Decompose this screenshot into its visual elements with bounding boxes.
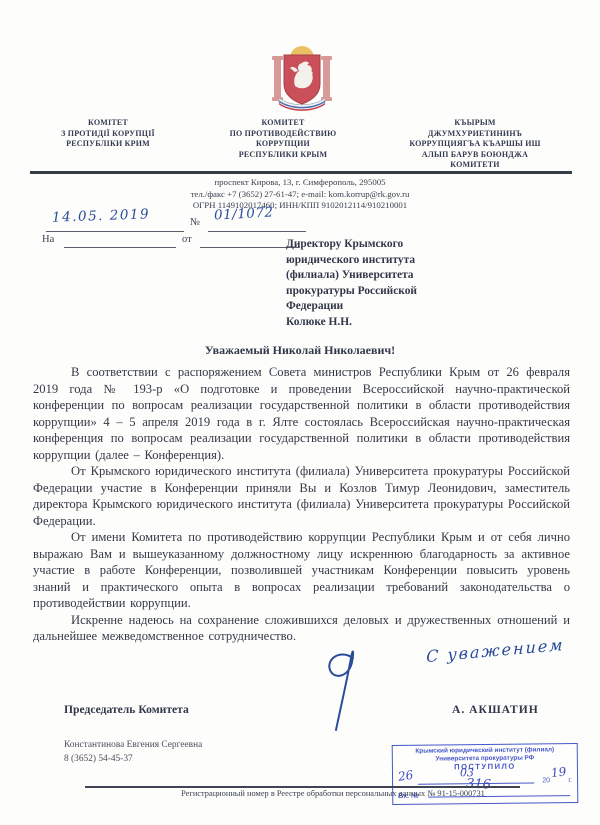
header-divider	[30, 171, 572, 174]
org-line: ПО ПРОТИВОДЕЙСТВИЮ	[188, 129, 378, 140]
executor-name: Константинова Евгения Сергеевна	[64, 739, 202, 753]
stamp-handwritten-day: 26	[397, 768, 414, 784]
handwritten-number: 01/1072	[214, 204, 274, 223]
org-line: З ПРОТИДІЇ КОРУПЦІЇ	[28, 129, 188, 140]
footer-registration-number: Регистрационный номер в Реестре обработк…	[66, 789, 600, 798]
paragraph: В соответствии с распоряжением Совета ми…	[33, 364, 570, 463]
stamp-year-prefix: 20	[542, 778, 550, 785]
ot-underline	[200, 226, 300, 248]
reference-block: № 14.05. 2019 01/1072 На от	[42, 208, 302, 252]
address-line: тел./факс +7 (3652) 27-61-47; e-mail: ko…	[0, 189, 600, 201]
letter-page: КОМІТЕТ З ПРОТИДІЇ КОРУПЦІЇ РЕСПУБЛІКИ К…	[0, 0, 600, 825]
recipient-block: Директору Крымского юридического институ…	[286, 237, 506, 331]
org-address-block: проспект Кирова, 13, г. Симферополь, 295…	[0, 177, 600, 212]
org-name-russian: КОМИТЕТ ПО ПРОТИВОДЕЙСТВИЮ КОРРУПЦИИ РЕС…	[188, 118, 378, 171]
letter-body: В соответствии с распоряжением Совета ми…	[33, 364, 570, 645]
na-label: На	[42, 234, 54, 245]
signer-name: А. АКШАТИН	[452, 703, 539, 716]
footer-divider	[85, 786, 520, 788]
org-line: АЛЫП БАРУВ БОЮНДЖА	[378, 150, 572, 161]
org-line: КОМИТЕТИ	[378, 160, 572, 171]
recipient-line: юридического института	[286, 253, 506, 269]
handwritten-date: 14.05. 2019	[52, 206, 151, 225]
paragraph: От Крымского юридического института (фил…	[33, 463, 570, 529]
org-line: ДЖУМХУРИЕТИНИНЪ	[378, 129, 572, 140]
stamp-handwritten-year: 19	[550, 765, 567, 781]
na-underline	[64, 226, 176, 248]
signer-position: Председатель Комитета	[64, 703, 189, 716]
ot-label: от	[182, 234, 192, 245]
executor-phone: 8 (3652) 54-45-37	[64, 753, 202, 767]
executor-contact: Константинова Евгения Сергеевна 8 (3652)…	[64, 739, 202, 766]
recipient-line: Директору Крымского	[286, 237, 506, 253]
stamp-year-suffix: г.	[568, 777, 572, 784]
org-name-ukrainian: КОМІТЕТ З ПРОТИДІЇ КОРУПЦІЇ РЕСПУБЛІКИ К…	[28, 118, 188, 171]
org-name-crimean-tatar: КЪЫРЫМ ДЖУМХУРИЕТИНИНЪ КОРРУПЦИЯГЪА КЪАР…	[378, 118, 572, 171]
org-line: КОРРУПЦИИ	[188, 139, 378, 150]
number-sign: №	[190, 217, 200, 228]
paragraph: Искренне надеюсь на сохранение сложивших…	[33, 612, 570, 645]
recipient-line: (филиала) Университета	[286, 268, 506, 284]
org-line: КОМІТЕТ	[28, 118, 188, 129]
recipient-line: прокуратуры Российской	[286, 284, 506, 300]
org-line: РЕСПУБЛИКИ КРЫМ	[188, 150, 378, 161]
recipient-line: Федерации	[286, 299, 506, 315]
salutation: Уважаемый Николай Николаевич!	[0, 343, 600, 358]
recipient-line: Колюке Н.Н.	[286, 315, 506, 331]
address-line: проспект Кирова, 13, г. Симферополь, 295…	[0, 177, 600, 189]
paragraph: От имени Комитета по противодействию кор…	[33, 529, 570, 612]
crimea-coat-of-arms-icon	[271, 42, 333, 112]
org-line: КОРРУПЦИЯГЪА КЪАРШЫ ИШ	[378, 139, 572, 150]
org-line: РЕСПУБЛІКИ КРИМ	[28, 139, 188, 150]
org-names: КОМІТЕТ З ПРОТИДІЇ КОРУПЦІЇ РЕСПУБЛІКИ К…	[28, 118, 572, 171]
signature-flourish-icon	[318, 636, 370, 732]
org-line: КЪЫРЫМ	[378, 118, 572, 129]
org-line: КОМИТЕТ	[188, 118, 378, 129]
